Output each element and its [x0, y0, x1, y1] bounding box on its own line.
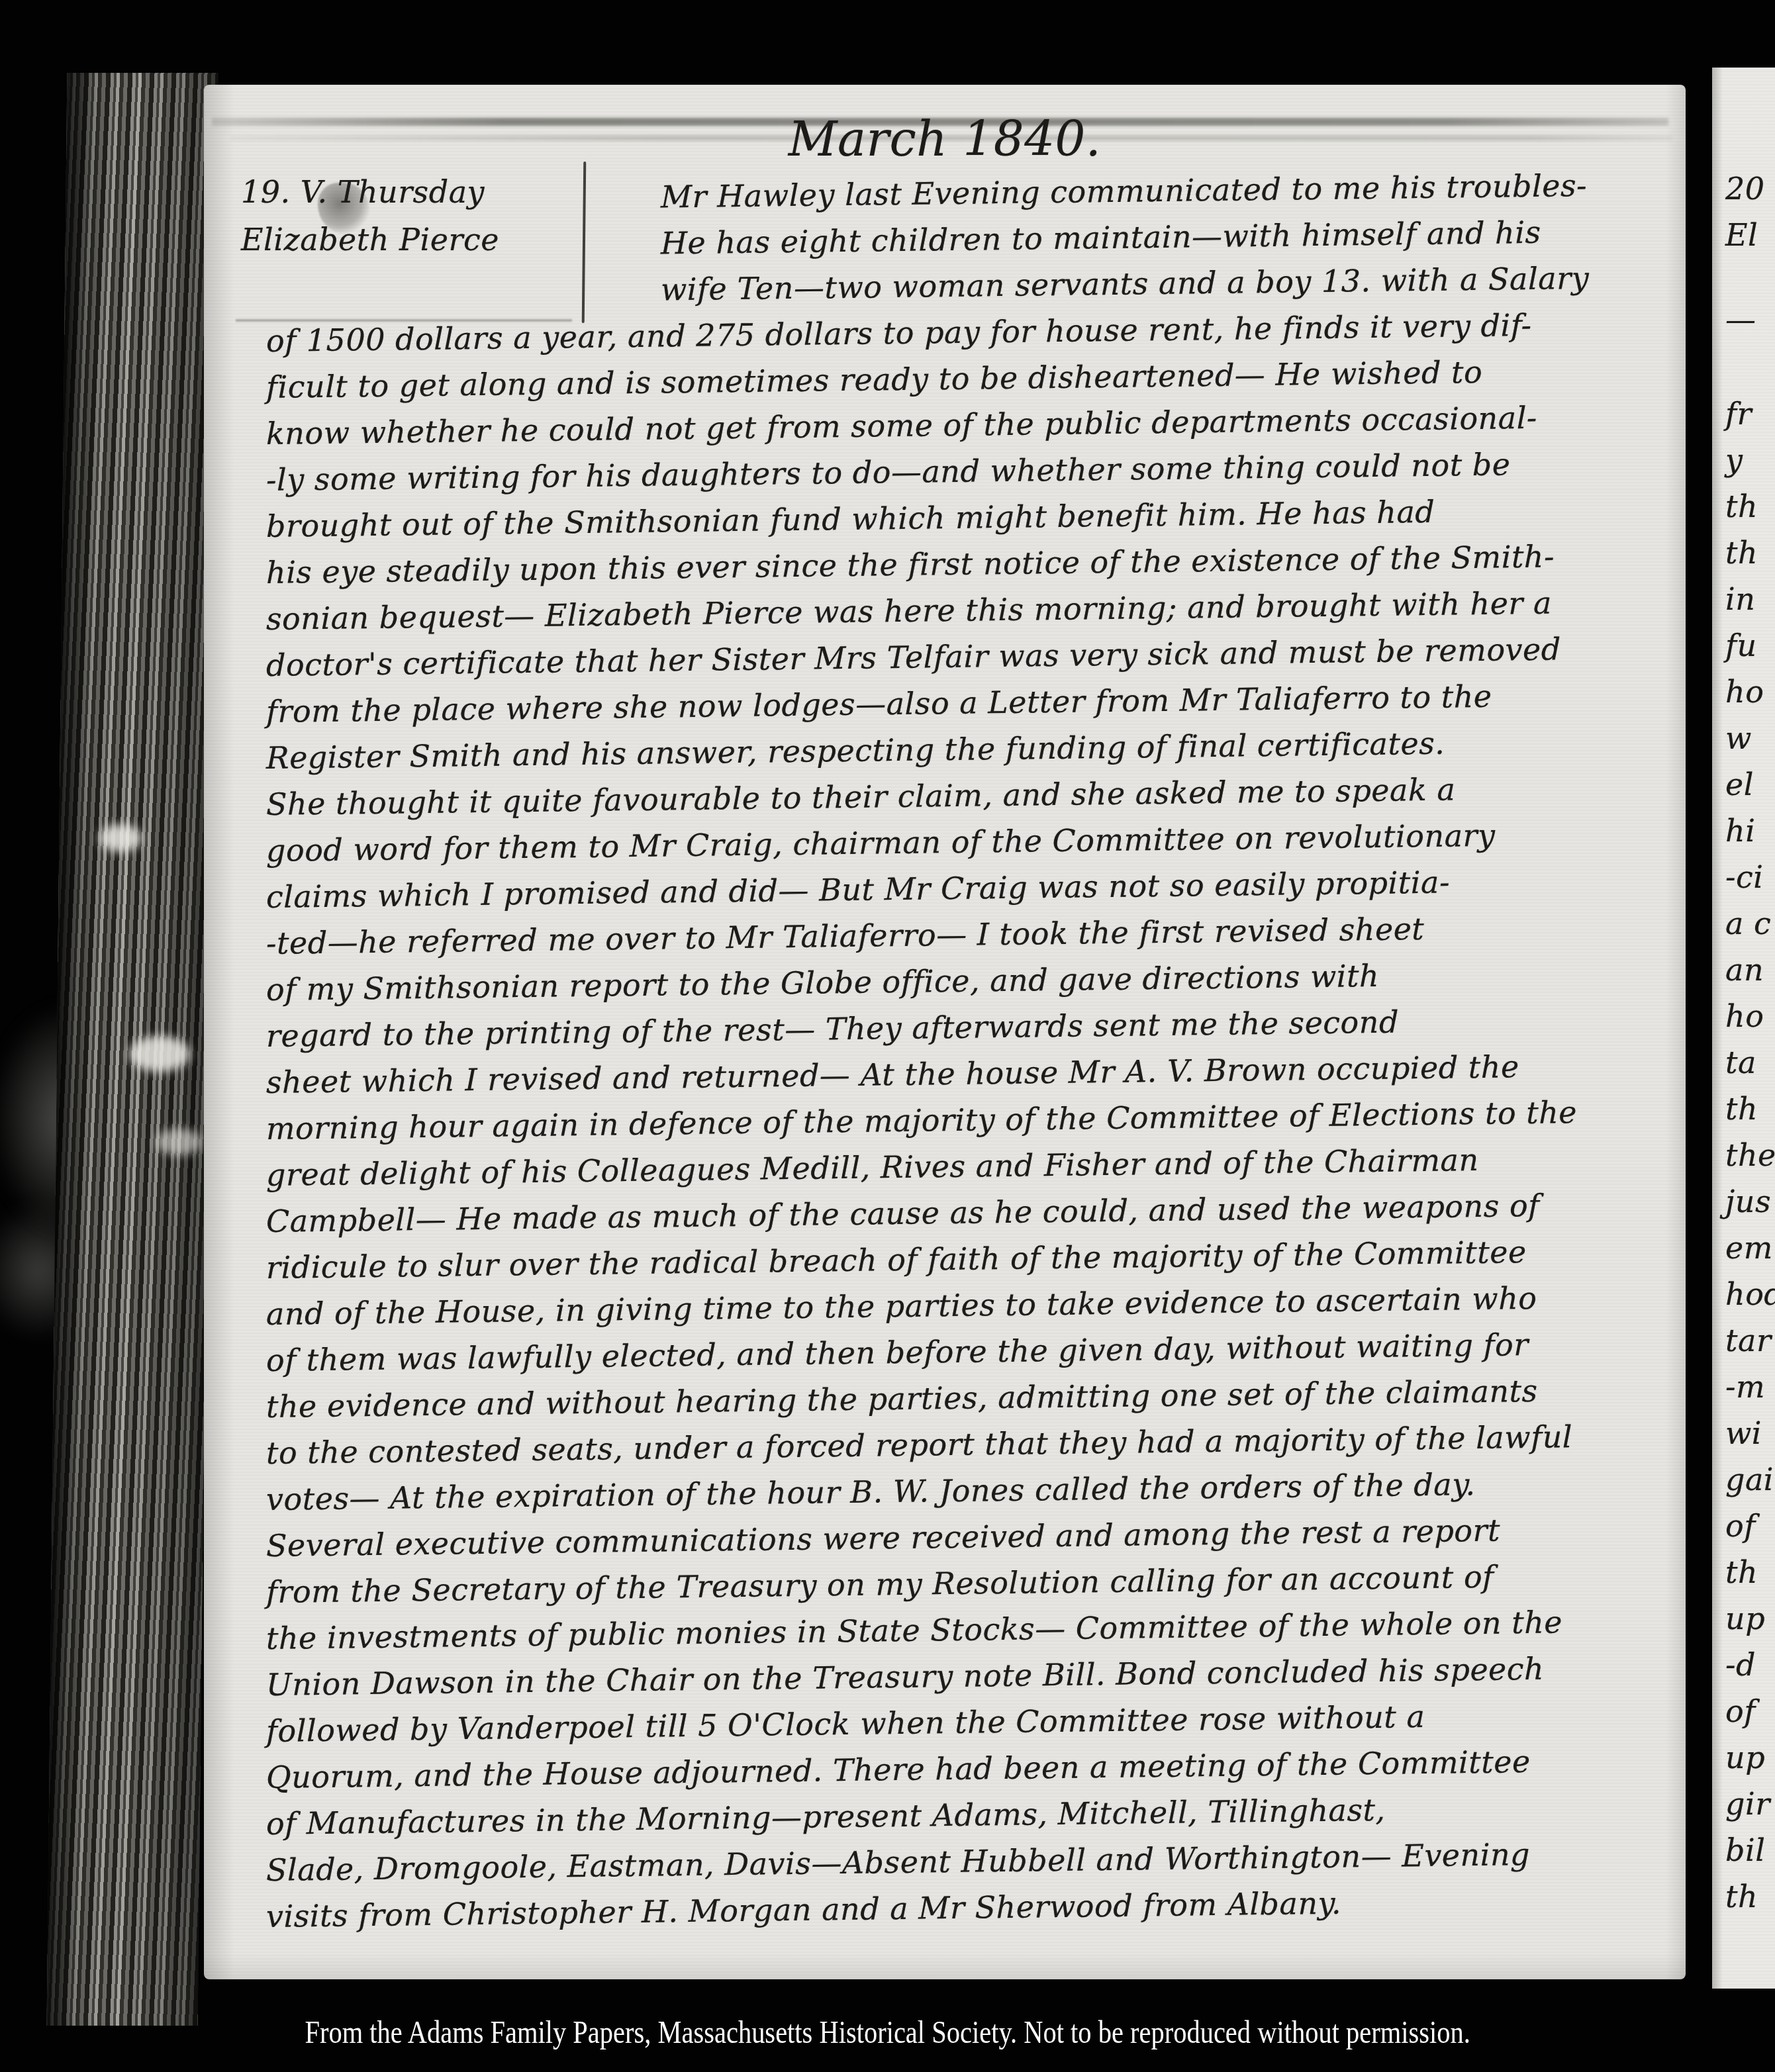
- adjacent-text-fragment: ta: [1725, 1039, 1775, 1086]
- photo-canvas: March 1840. 19. V. Thursday Elizabeth Pi…: [0, 0, 1775, 2072]
- adjacent-text-fragment: th: [1725, 1086, 1775, 1132]
- entry-full-lines: of 1500 dollars a year, and 275 dollars …: [266, 300, 1663, 1940]
- adjacent-fragments: fryththinfuhowelhi-cia canhotaththejusem…: [1725, 391, 1775, 1920]
- adjacent-separator: —: [1725, 297, 1775, 343]
- adjacent-text-fragment: y: [1725, 437, 1775, 483]
- adjacent-text-fragment: -m: [1725, 1364, 1775, 1410]
- adjacent-text-fragment: -ci: [1725, 854, 1775, 900]
- spine-highlight: [99, 824, 142, 852]
- adjacent-text-fragment: the: [1725, 1132, 1775, 1178]
- adjacent-text-fragment: th: [1725, 1549, 1775, 1595]
- adjacent-text-fragment: th: [1725, 483, 1775, 530]
- adjacent-text-fragment: fr: [1725, 391, 1775, 437]
- entry-text: Mr Hawley last Evening communicated to m…: [266, 161, 1663, 1940]
- adjacent-text-fragment: bil: [1725, 1827, 1775, 1873]
- adjacent-text-fragment: wi: [1725, 1410, 1775, 1456]
- adjacent-text-fragment: th: [1725, 530, 1775, 576]
- adjacent-text-fragment: gai: [1725, 1456, 1775, 1503]
- page-header: March 1840.: [204, 113, 1686, 165]
- adjacent-text-fragment: ho: [1725, 993, 1775, 1039]
- spine-highlight: [156, 1129, 202, 1155]
- adjacent-text-fragment: w: [1725, 715, 1775, 761]
- adjacent-text-fragment: em: [1725, 1225, 1775, 1271]
- adjacent-text-fragment: up: [1725, 1734, 1775, 1781]
- adjacent-margin-name: El: [1725, 212, 1775, 258]
- entry-indented-lines: Mr Hawley last Evening communicated to m…: [661, 161, 1663, 312]
- spine-highlight: [129, 1036, 190, 1072]
- adjacent-text-fragment: ho: [1725, 669, 1775, 715]
- photo-caption: From the Adams Family Papers, Massachuse…: [0, 2015, 1775, 2049]
- adjacent-text-fragment: hi: [1725, 808, 1775, 854]
- adjacent-text-fragment: in: [1725, 576, 1775, 622]
- photo-caption-text: From the Adams Family Papers, Massachuse…: [305, 2013, 1470, 2051]
- adjacent-text-fragment: of: [1725, 1503, 1775, 1549]
- adjacent-text-fragment: jus: [1725, 1178, 1775, 1225]
- adjacent-page-text: 20 El — fryththinfuhowelhi-cia canhotath…: [1712, 68, 1775, 1920]
- adjacent-text-fragment: up: [1725, 1595, 1775, 1642]
- adjacent-text-fragment: fu: [1725, 622, 1775, 669]
- adjacent-text-fragment: a c: [1725, 900, 1775, 947]
- adjacent-text-fragment: tar: [1725, 1317, 1775, 1364]
- adjacent-margin-date: 20: [1725, 165, 1775, 212]
- adjacent-text-fragment: gir: [1725, 1781, 1775, 1827]
- adjacent-text-fragment: -d: [1725, 1642, 1775, 1688]
- adjacent-text-fragment: hod: [1725, 1271, 1775, 1317]
- adjacent-text-fragment: th: [1725, 1873, 1775, 1920]
- adjacent-text-fragment: of: [1725, 1688, 1775, 1734]
- manuscript-page: March 1840. 19. V. Thursday Elizabeth Pi…: [204, 85, 1686, 1979]
- adjacent-text-fragment: el: [1725, 761, 1775, 808]
- adjacent-text-fragment: an: [1725, 947, 1775, 993]
- adjacent-page-sliver: 20 El — fryththinfuhowelhi-cia canhotath…: [1712, 68, 1775, 1989]
